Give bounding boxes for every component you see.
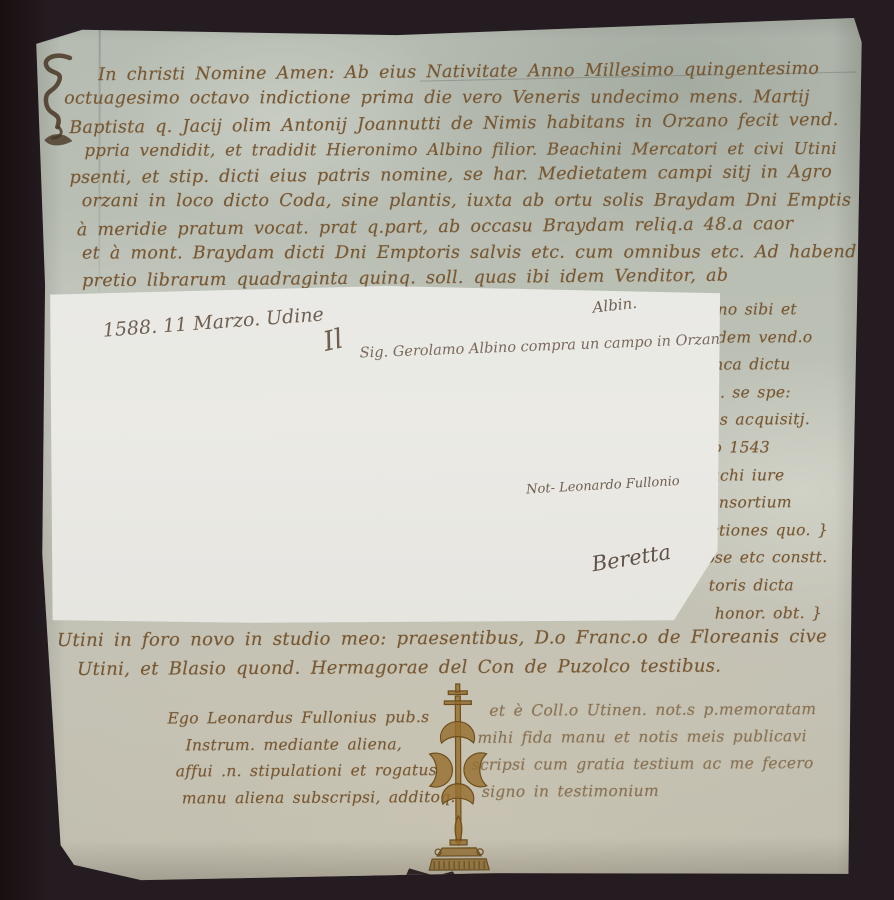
manuscript-line: onca dictu <box>704 351 873 379</box>
scan-background: { "colors":{ "background":"#251c21", "pa… <box>0 0 894 900</box>
archival-slip: 1588. 11 Marzo. Udine Il Sig. Gerolamo A… <box>47 284 724 624</box>
manuscript-line: orzani in loco dicto Coda, sine plantis,… <box>82 189 865 215</box>
manuscript-line: consortium <box>700 489 873 517</box>
manuscript-line: Utini, et Blasio quond. Hermagorae del C… <box>77 651 877 684</box>
slip-notary-name: Not- Leonardo Fullonio <box>526 474 680 498</box>
manuscript-line: q. se spe: <box>710 379 873 407</box>
slip-note-mark: Il <box>321 323 346 357</box>
manuscript-line: nachi iure <box>700 461 873 489</box>
manuscript-line: à meridie pratum vocat. prat q.part, ab … <box>77 211 865 244</box>
witness-clause-text: Utini in foro novo in studio meo: praese… <box>57 622 877 684</box>
manuscript-line: Utini in foro novo in studio meo: praese… <box>57 622 877 655</box>
slip-signature-beretta: Beretta <box>590 540 673 576</box>
manuscript-line: idem vend.o <box>711 323 872 351</box>
manuscript-line: actiones quo. } <box>700 517 873 545</box>
manuscript-line: lias acquisitj. <box>700 406 873 434</box>
manuscript-line: scripsi cum gratia testium ac me fecero <box>472 750 852 779</box>
manuscript-line: psenti, et stip. dicti eius patris nomin… <box>69 160 864 192</box>
manuscript-line: mihi fida manu et notis meis publicavi <box>477 723 851 752</box>
manuscript-line: nno sibi et <box>707 296 872 324</box>
manuscript-line: toris dicta <box>709 572 874 600</box>
notary-subscription-right: et è Coll.o Utinen. not.s p.memoratammih… <box>471 696 852 806</box>
manuscript-line: et è Coll.o Utinen. not.s p.memoratam <box>489 696 851 725</box>
manuscript-line: to 1543 <box>706 434 873 462</box>
deed-body-text: In christi Nomine Amen: Ab eius Nativita… <box>64 58 865 294</box>
manuscript-line: In christi Nomine Amen: Ab eius Nativita… <box>98 56 864 88</box>
slip-name-albin: Albin. <box>592 294 638 317</box>
margin-text-fragments: nno sibi etidem vend.oonca dictuq. se sp… <box>697 296 874 628</box>
manuscript-line: signo in testimonium <box>482 777 852 806</box>
slip-date: 1588. 11 Marzo. Udine <box>102 304 324 342</box>
notary-sign-icon <box>397 682 522 879</box>
manuscript-line: pse etc constt. <box>705 544 874 572</box>
slip-note: Sig. Gerolamo Albino compra un campo in … <box>359 331 729 361</box>
